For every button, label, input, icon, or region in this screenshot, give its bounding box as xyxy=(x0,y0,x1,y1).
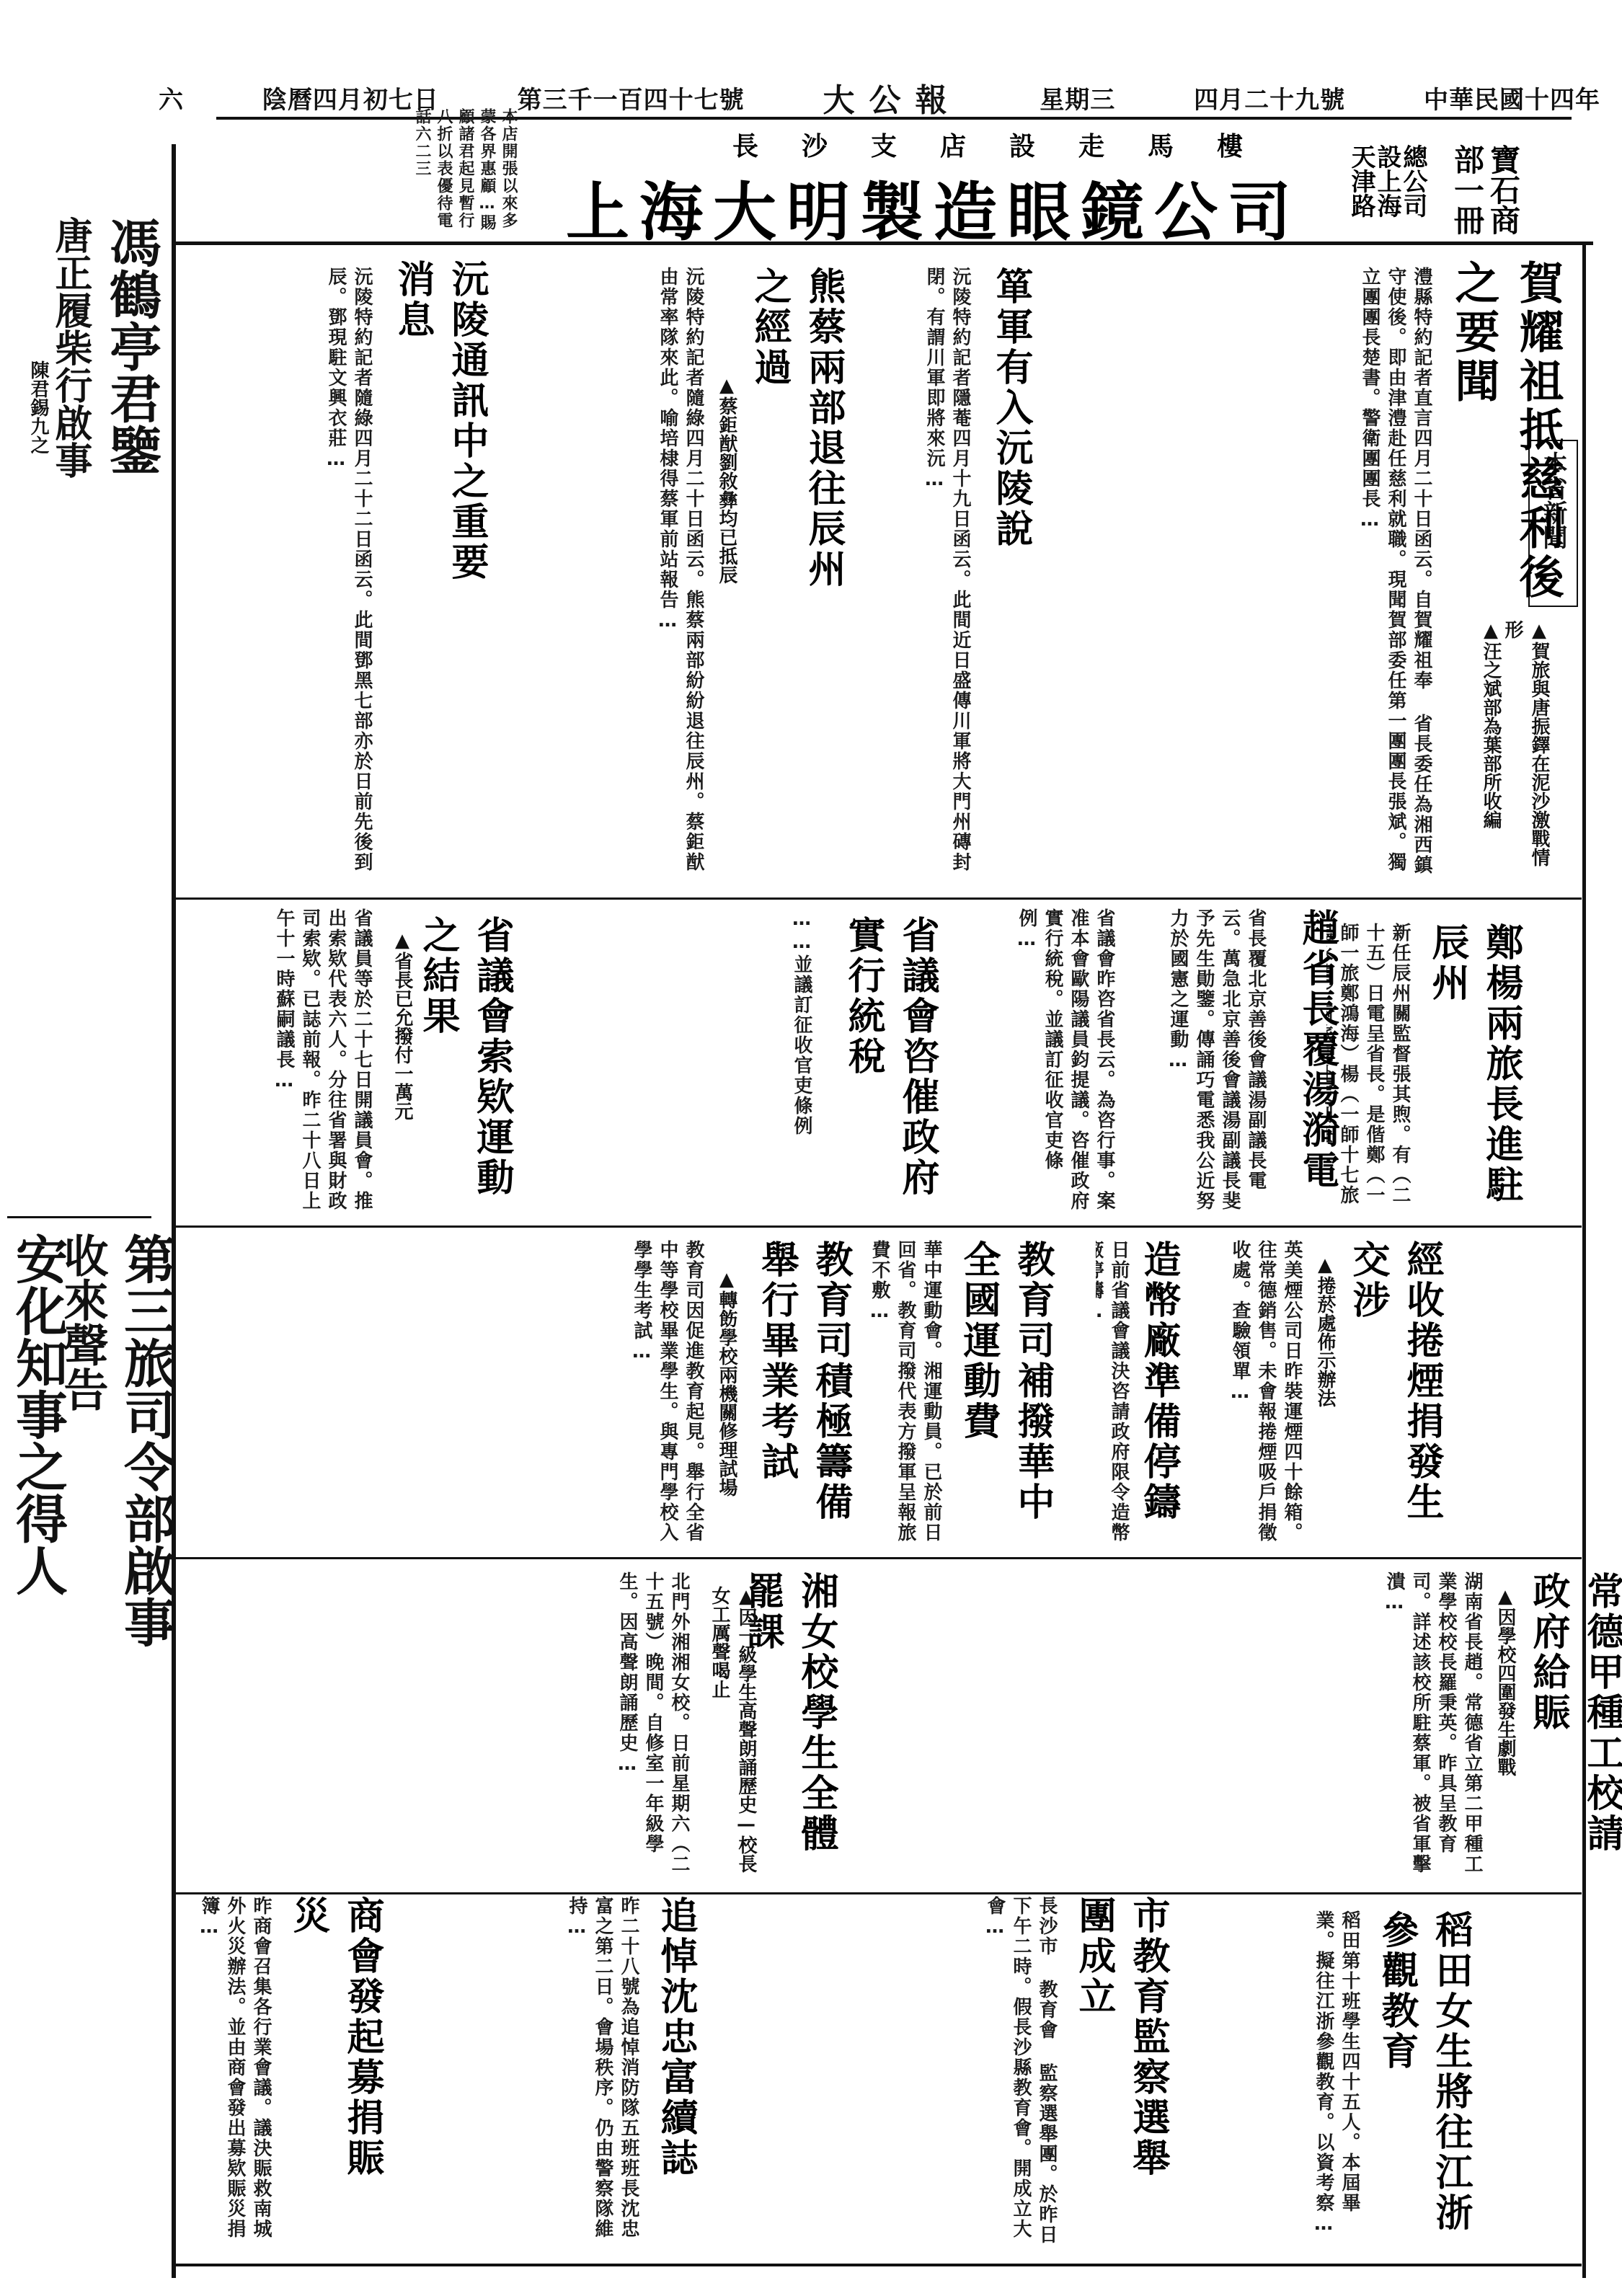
headline: 賀耀祖抵慈利後之要聞 xyxy=(1442,260,1570,620)
article-body: 北門外湘湘女校。日前星期六（二十五號）晚間。自修室一年級學生。因高聲朗誦歷史… xyxy=(187,1572,692,1874)
ad-title-brigade: 第三旅司令部啟事 xyxy=(108,1233,183,1723)
headline: 箪軍有入沅陵說 xyxy=(984,267,1038,598)
ad-title-feng: 馮鶴亭君鑒 xyxy=(94,216,169,678)
article-body: 澧縣特約記者直言四月二十日函云。自賀耀祖奉 省長委任為湘西鎮守使後。即由津澧赴任… xyxy=(1262,267,1435,887)
headline: 教育司補撥華中全國運動費 xyxy=(952,1240,1060,1543)
article-body: 沅陵特約記者隨綠四月二十二日函云。此間鄧黑七部亦於日前先後到辰。鄧現駐文興衣莊… xyxy=(187,267,375,887)
year: 中華民國十四年 xyxy=(1424,80,1600,115)
subhead: ▲捲菸處佈示辦法 xyxy=(1312,1254,1339,1543)
headline: 追悼沈忠富續誌 xyxy=(649,1896,703,2199)
main-ad: 上海大明製造眼鏡公司 xyxy=(519,162,1348,253)
article-body: 省議員等於二十七日開議員會。推出索欵代表六人。分往省署與財政司索欵。已誌前報。昨… xyxy=(187,908,375,1211)
paper-name: 大公報 xyxy=(823,74,961,120)
band-rule-4 xyxy=(176,1892,1582,1894)
ad-title-anhua: 安化知事之得人 xyxy=(0,1233,75,1737)
headline: 經收捲煙捐發生交涉 xyxy=(1341,1240,1449,1543)
article-body: 長沙市 教育會 監察選舉團。於昨日下午二時。假長沙縣教育會。開成立大會… xyxy=(721,1896,1060,2249)
headline: 教育司積極籌備舉行畢業考試 xyxy=(750,1240,858,1543)
subhead: ▲汪之斌部為葉部所收編 xyxy=(1478,620,1504,879)
headline: 省議會索欵運動之結果 xyxy=(411,916,519,1218)
branch-line: 長沙支店設走馬樓 xyxy=(577,126,1442,163)
ad-title-chen: 陳君錫九之 xyxy=(25,360,52,505)
article-body: 昨二十八號為追悼消防隊五班班長沈忠富之第二日。會場秩序。仍由警察隊維持… xyxy=(526,1896,642,2249)
right-frame xyxy=(1582,245,1586,2278)
headline: 熊蔡兩部退往辰州之經過 xyxy=(743,267,851,598)
article-body: 英美煙公司日昨裝運煙四十餘箱。往常德銷售。未會報捲煙吸戶捐徵收處。查驗領單… xyxy=(1168,1240,1305,1543)
subhead: ▲轉飭學校兩機關修理試場 xyxy=(714,1269,740,1543)
headline: 商會發起募捐賑災 xyxy=(281,1896,389,2199)
headline: 造幣廠準備停鑄 xyxy=(1132,1240,1186,1543)
issue-number: 第三千一百四十七號 xyxy=(518,80,745,115)
subhead: ▲因一級學生高聲朗誦歷史—校長女工厲聲喝止 xyxy=(706,1586,760,1889)
article-body: 昨商會召集各行業會議。議決賑救南城外火災辦法。並由商會發出募欵賑災捐簿… xyxy=(187,1896,274,2249)
subhead: ▲蔡鉅猷劉敘彝均已抵辰 xyxy=(714,375,740,634)
band-rule-1 xyxy=(176,897,1582,900)
headline: 趙省長覆湯漪電 xyxy=(1290,908,1344,1197)
bottom-rule xyxy=(176,2264,1582,2266)
subhead: ▲省長已允撥付一萬元 xyxy=(389,930,416,1218)
ad-divider xyxy=(7,1216,151,1218)
date: 四月二十九號 xyxy=(1194,80,1345,115)
article-body: 湖南省長趙。常德省立第二甲種工業學校校長羅秉英。昨具呈教育司。詳述該校所駐蔡軍。… xyxy=(1189,1572,1485,1874)
headline: 稻田女生將往江浙參觀教育 xyxy=(1370,1910,1478,2249)
subhead: ▲賀旅與唐振鐸在泥沙激戰情形 xyxy=(1499,620,1553,879)
article-body: 省長覆北京善後會議湯副議長電云。萬急北京善後會議湯副議長斐予先生勛鑒。傳誦巧電悉… xyxy=(1125,908,1269,1211)
page-number: 六 xyxy=(159,80,184,115)
top-notice-column: 本店開張以來多蒙各界惠顧…賜顧諸君起見暫行八折以表優待電話六二三 xyxy=(216,108,519,238)
weekday: 星期三 xyxy=(1040,80,1115,115)
side-ad: 寶石商部一冊 xyxy=(1449,144,1521,238)
hq-line: 總公司設上海天津路 xyxy=(1348,144,1426,238)
banner-rule xyxy=(173,241,1593,245)
left-frame xyxy=(172,144,176,2278)
band-rule-3 xyxy=(176,1557,1582,1559)
article-body: 日前省議會議決咨請政府限令造幣廠停鑄… xyxy=(1096,1240,1132,1543)
headline: 常德甲種工校請政府給賑 xyxy=(1521,1572,1622,1874)
band-rule-2 xyxy=(176,1225,1582,1228)
article-body: 省議會昨咨省長云。為咨行事。案准本會歐陽議員鈞提議。咨催政府實行統稅。並議訂征收… xyxy=(887,908,1117,1211)
subhead: ▲因學校四圍發生劇戰 xyxy=(1492,1586,1519,1874)
article-body: 沅陵特約記者隨綠四月二十日函云。熊蔡兩部紛紛退往辰州。蔡鉅猷由常率隊來此。喻培棣… xyxy=(548,267,706,887)
headline: 鄭楊兩旅長進駐辰州 xyxy=(1420,923,1528,1218)
headline: 市教育監察選舉團成立 xyxy=(1067,1896,1175,2199)
article-body: 教育司因促進教育起見。舉行全省中等學校畢業學生。與專門學校入學學生考試… xyxy=(187,1240,706,1543)
headline: 沅陵通訊中之重要消息 xyxy=(386,260,494,591)
article-body: ……並議訂征收官吏條例 xyxy=(562,908,815,1211)
